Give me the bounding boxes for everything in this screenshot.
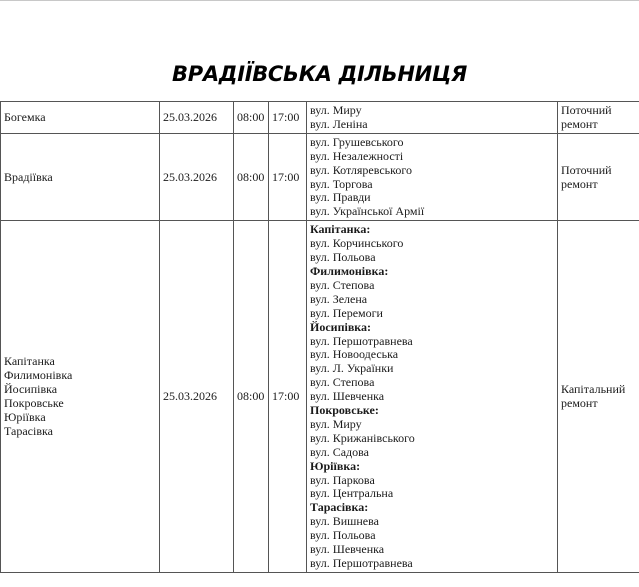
- street-name: вул. Новоодеська: [310, 348, 554, 362]
- village-name: Капітанка: [4, 355, 156, 369]
- work-type-cell: Поточнийремонт: [558, 102, 639, 134]
- village-name: Богемка: [4, 111, 156, 125]
- table-row: КапітанкаФилимонівкаЙосипівкаПокровськеЮ…: [1, 221, 639, 573]
- street-name: вул. Л. Українки: [310, 362, 554, 376]
- street-name: вул. Української Армії: [310, 205, 554, 219]
- street-name: вул. Першотравнева: [310, 557, 554, 571]
- street-name: вул. Шевченка: [310, 543, 554, 557]
- outage-schedule-table: Богемка25.03.202608:0017:00вул. Мирувул.…: [0, 101, 639, 573]
- work-type-line: ремонт: [561, 118, 637, 132]
- street-name: вул. Миру: [310, 418, 554, 432]
- settlement-heading: Покровське:: [310, 404, 554, 418]
- work-type-cell: Поточнийремонт: [558, 133, 639, 220]
- village-name: Филимонівка: [4, 369, 156, 383]
- street-name: вул. Миру: [310, 104, 554, 118]
- street-name: вул. Незалежності: [310, 150, 554, 164]
- street-name: вул. Садова: [310, 446, 554, 460]
- street-name: вул. Правди: [310, 191, 554, 205]
- table-row: Богемка25.03.202608:0017:00вул. Мирувул.…: [1, 102, 639, 134]
- settlement-heading: Йосипівка:: [310, 321, 554, 335]
- street-name: вул. Паркова: [310, 474, 554, 488]
- settlement-heading: Тарасівка:: [310, 501, 554, 515]
- street-name: вул. Першотравнева: [310, 335, 554, 349]
- village-name: Покровське: [4, 397, 156, 411]
- street-name: вул. Степова: [310, 376, 554, 390]
- street-name: вул. Грушевського: [310, 136, 554, 150]
- streets-cell: вул. Грушевськоговул. Незалежностівул. К…: [307, 133, 558, 220]
- street-name: вул. Вишнева: [310, 515, 554, 529]
- top-divider: [0, 0, 639, 1]
- street-name: вул. Крижанівського: [310, 432, 554, 446]
- street-name: вул. Центральна: [310, 487, 554, 501]
- date-cell: 25.03.2026: [160, 221, 234, 573]
- settlement-heading: Юріївка:: [310, 460, 554, 474]
- work-type-line: ремонт: [561, 397, 637, 411]
- date-cell: 25.03.2026: [160, 102, 234, 134]
- street-name: вул. Торгова: [310, 178, 554, 192]
- street-name: вул. Степова: [310, 279, 554, 293]
- street-name: вул. Польова: [310, 529, 554, 543]
- village-cell: Врадіївка: [1, 133, 160, 220]
- village-name: Тарасівка: [4, 425, 156, 439]
- start-time-cell: 08:00: [234, 102, 269, 134]
- work-type-line: ремонт: [561, 178, 637, 192]
- work-type-line: Поточний: [561, 104, 637, 118]
- start-time-cell: 08:00: [234, 221, 269, 573]
- street-name: вул. Перемоги: [310, 307, 554, 321]
- village-name: Йосипівка: [4, 383, 156, 397]
- street-name: вул. Котляревського: [310, 164, 554, 178]
- settlement-heading: Капітанка:: [310, 223, 554, 237]
- date-cell: 25.03.2026: [160, 133, 234, 220]
- end-time-cell: 17:00: [269, 221, 307, 573]
- table-row: Врадіївка25.03.202608:0017:00вул. Грушев…: [1, 133, 639, 220]
- settlement-heading: Филимонівка:: [310, 265, 554, 279]
- end-time-cell: 17:00: [269, 133, 307, 220]
- end-time-cell: 17:00: [269, 102, 307, 134]
- street-name: вул. Корчинського: [310, 237, 554, 251]
- work-type-cell: Капітальнийремонт: [558, 221, 639, 573]
- street-name: вул. Польова: [310, 251, 554, 265]
- streets-cell: вул. Мирувул. Леніна: [307, 102, 558, 134]
- street-name: вул. Шевченка: [310, 390, 554, 404]
- start-time-cell: 08:00: [234, 133, 269, 220]
- village-cell: Богемка: [1, 102, 160, 134]
- village-name: Врадіївка: [4, 171, 156, 185]
- streets-cell: Капітанка:вул. Корчинськоговул. ПольоваФ…: [307, 221, 558, 573]
- page-title: ВРАДІЇВСЬКА ДІЛЬНИЦЯ: [0, 60, 639, 88]
- work-type-line: Капітальний: [561, 383, 637, 397]
- village-name: Юріївка: [4, 411, 156, 425]
- work-type-line: Поточний: [561, 164, 637, 178]
- street-name: вул. Леніна: [310, 118, 554, 132]
- village-cell: КапітанкаФилимонівкаЙосипівкаПокровськеЮ…: [1, 221, 160, 573]
- street-name: вул. Зелена: [310, 293, 554, 307]
